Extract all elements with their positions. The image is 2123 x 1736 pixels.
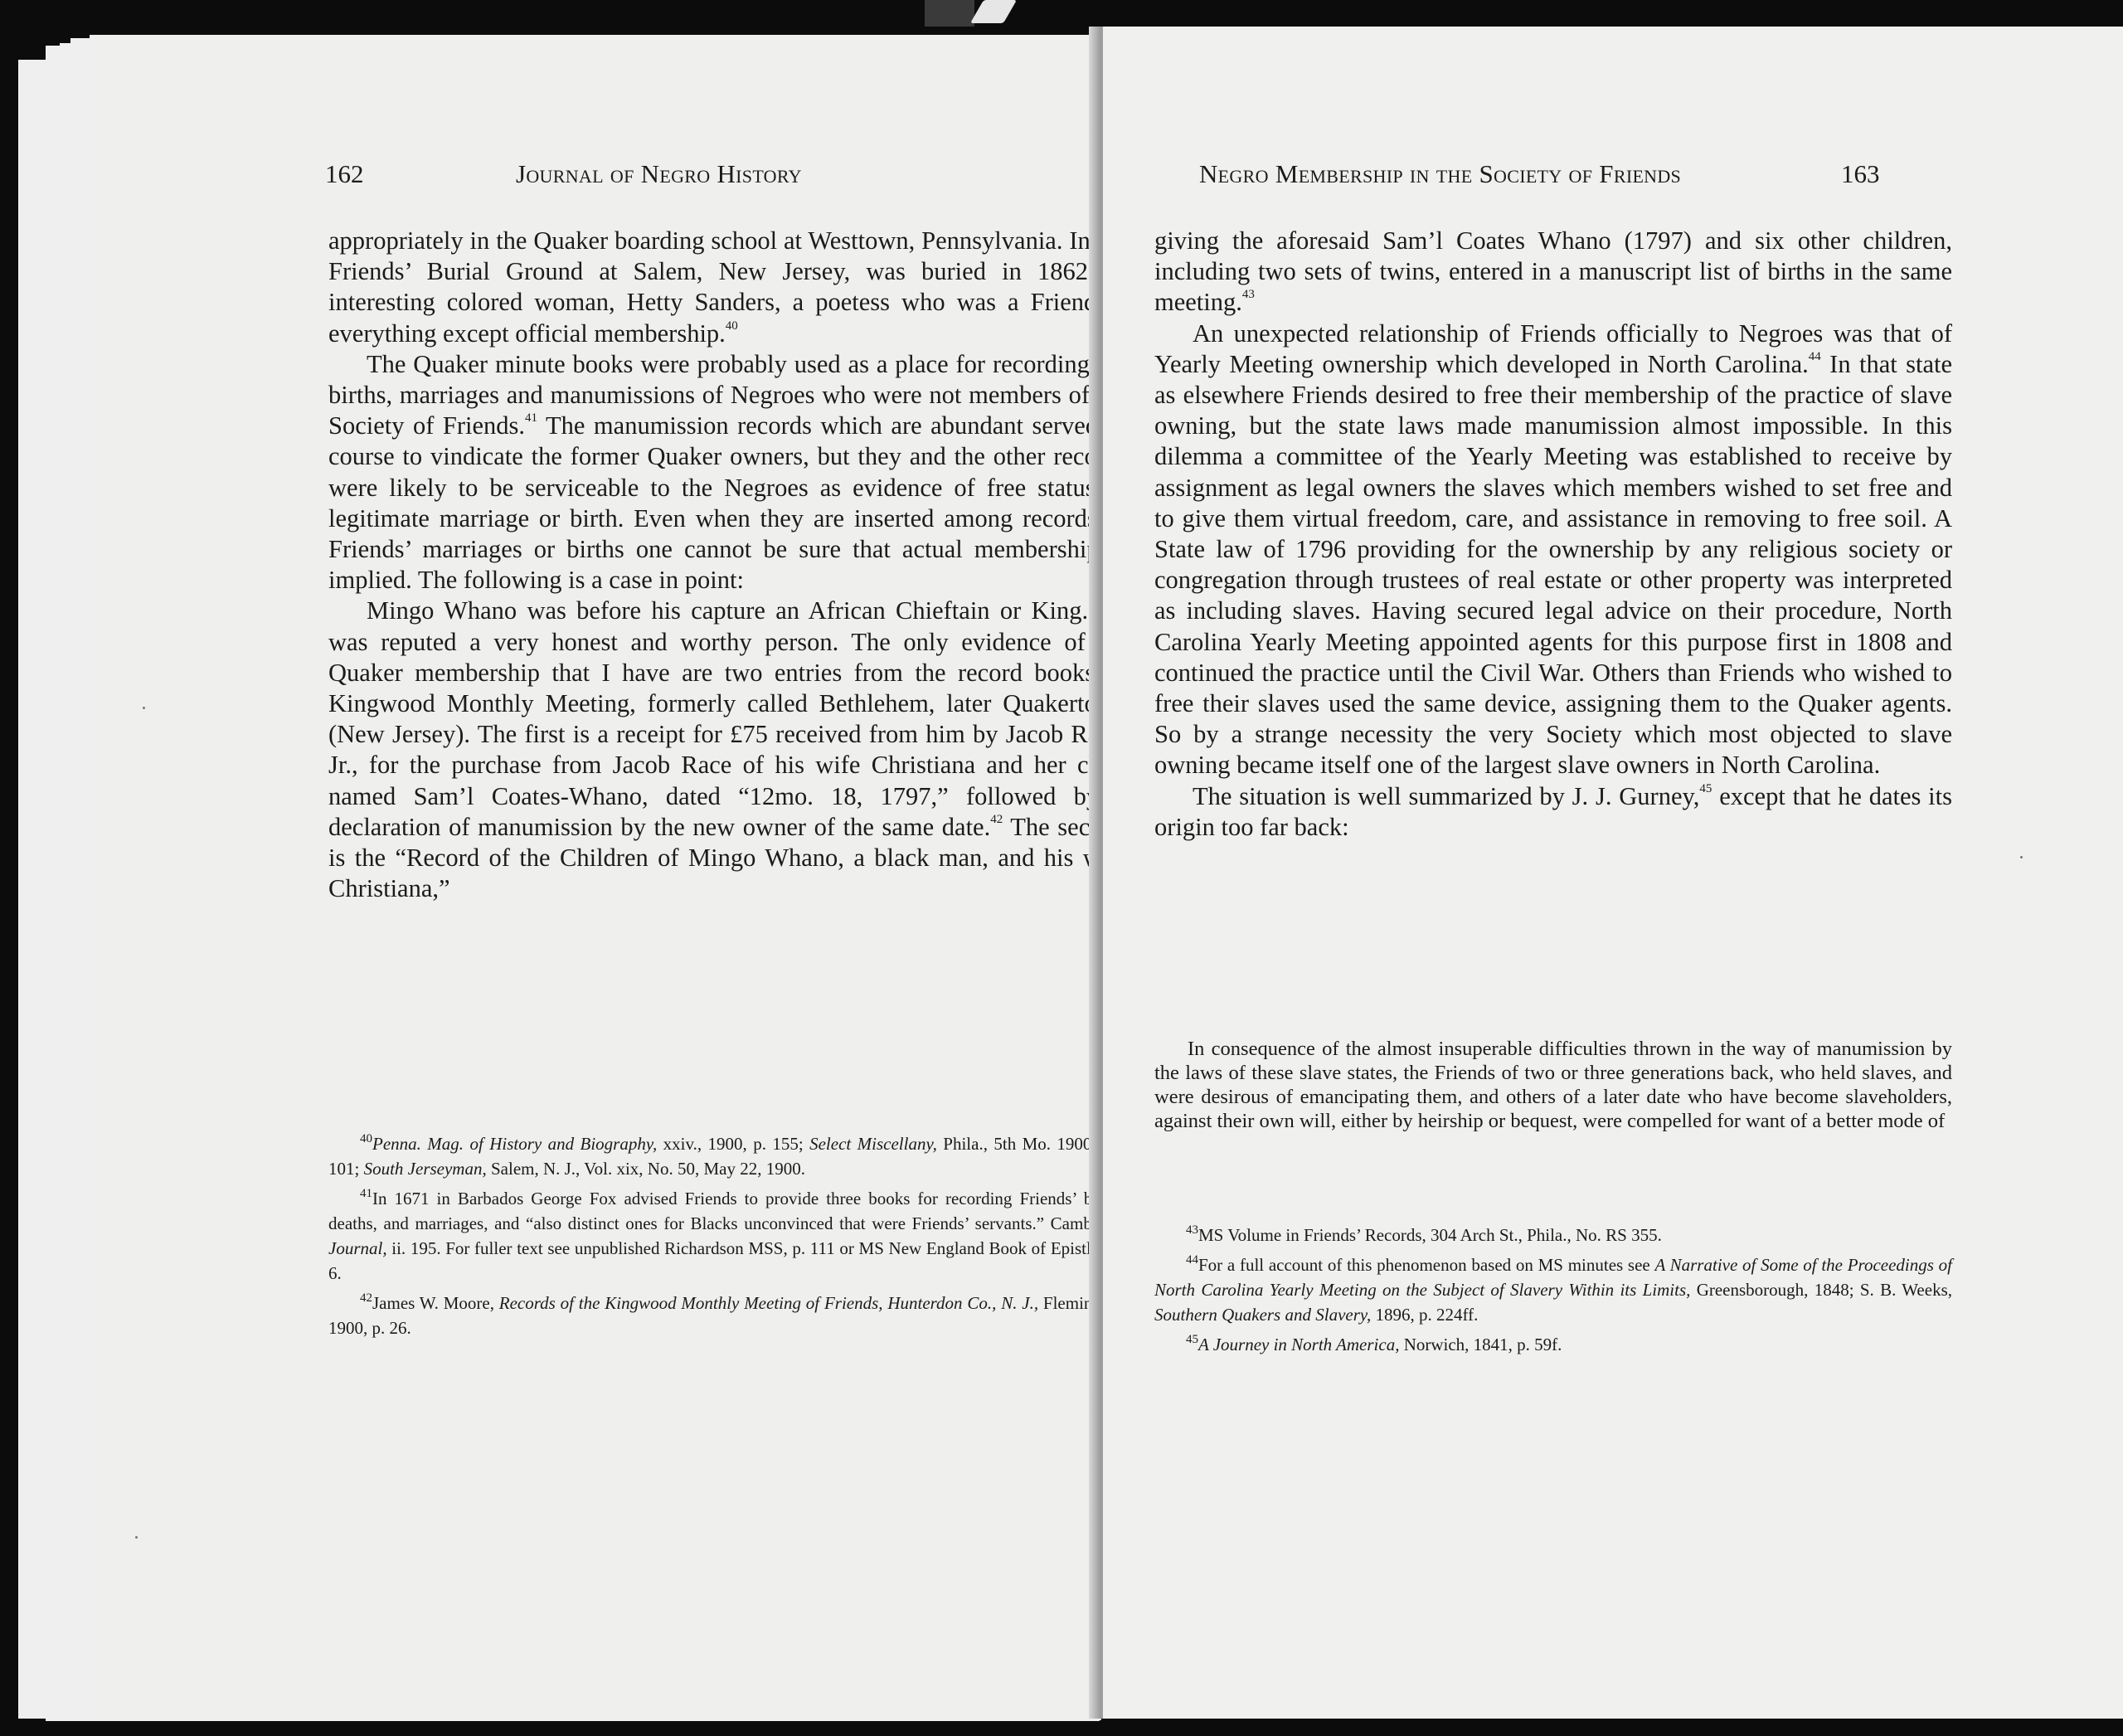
paragraph: appropriately in the Quaker boarding sch… — [328, 226, 1128, 349]
scan-speck — [2020, 856, 2023, 858]
binding-tab — [970, 0, 1017, 23]
binding-spine-top — [925, 0, 974, 27]
footnote-ref[interactable]: 43 — [1242, 288, 1255, 301]
footnote-ref[interactable]: 42 — [990, 813, 1003, 826]
footnote-ref[interactable]: 44 — [1809, 350, 1821, 363]
footnote-41: 41In 1671 in Barbados George Fox advised… — [328, 1186, 1128, 1286]
body-text: giving the aforesaid Sam’l Coates Whano … — [1154, 226, 1952, 843]
footnote-42: 42James W. Moore, Records of the Kingwoo… — [328, 1291, 1128, 1340]
quote-text: In consequence of the almost insuperable… — [1154, 1037, 1952, 1133]
footnote-ref[interactable]: 45 — [1699, 782, 1712, 795]
footnote-ref[interactable]: 41 — [525, 411, 537, 425]
page-number: 163 — [1841, 159, 1880, 189]
paragraph: Mingo Whano was before his capture an Af… — [328, 596, 1128, 904]
scan-speck — [135, 1536, 138, 1539]
body-text: appropriately in the Quaker boarding sch… — [328, 226, 1128, 904]
footnote-43: 43MS Volume in Friends’ Records, 304 Arc… — [1154, 1223, 1952, 1247]
paragraph: An unexpected relationship of Friends of… — [1154, 319, 1952, 781]
left-page: 162 Journal of Negro History appropriate… — [90, 35, 1103, 1719]
footnote-40: 40Penna. Mag. of History and Biography, … — [328, 1131, 1128, 1181]
right-page: Negro Membership in the Society of Frien… — [1103, 27, 2123, 1719]
page-number: 162 — [325, 159, 364, 189]
paragraph: The Quaker minute books were probably us… — [328, 349, 1128, 596]
block-quote: In consequence of the almost insuperable… — [1154, 1037, 1952, 1133]
paragraph: The situation is well summarized by J. J… — [1154, 781, 1952, 843]
running-head: Negro Membership in the Society of Frien… — [1199, 159, 1681, 189]
running-head: Journal of Negro History — [516, 159, 802, 189]
scan-speck — [143, 707, 145, 709]
paragraph: giving the aforesaid Sam’l Coates Whano … — [1154, 226, 1952, 319]
footnote-45: 45A Journey in North America, Norwich, 1… — [1154, 1332, 1952, 1357]
footnotes: 40Penna. Mag. of History and Biography, … — [328, 1131, 1128, 1345]
footnote-ref[interactable]: 40 — [726, 319, 738, 333]
footnotes: 43MS Volume in Friends’ Records, 304 Arc… — [1154, 1223, 1952, 1362]
footnote-44: 44For a full account of this phenomenon … — [1154, 1252, 1952, 1327]
